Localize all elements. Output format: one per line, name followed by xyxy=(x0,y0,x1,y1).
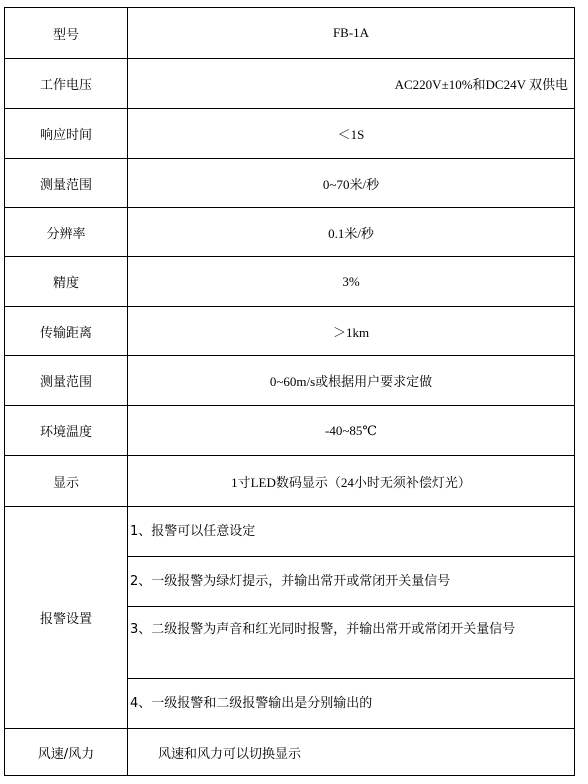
row-value: 1寸LED数码显示（24小时无须补偿灯光） xyxy=(128,456,574,506)
row-value: 0~60m/s或根据用户要求定做 xyxy=(128,356,574,405)
table-row-accuracy: 精度 3% xyxy=(5,256,574,306)
row-value: AC220V±10%和DC24V 双供电 xyxy=(128,59,574,108)
row-value: ＞1km xyxy=(128,307,574,355)
row-label: 报警设置 xyxy=(5,507,128,728)
row-label: 型号 xyxy=(5,8,128,58)
row-value: 3% xyxy=(128,257,574,306)
row-label: 工作电压 xyxy=(5,59,128,108)
table-row-distance: 传输距离 ＞1km xyxy=(5,306,574,355)
table-row-wind: 风速/风力 风速和风力可以切换显示 xyxy=(5,728,574,775)
row-value: 风速和风力可以切换显示 xyxy=(128,729,574,775)
table-row-model: 型号 FB-1A xyxy=(5,8,574,58)
row-label: 显示 xyxy=(5,456,128,506)
table-row-alarm: 报警设置 1、报警可以任意设定 2、一级报警为绿灯提示，并输出常开或常闭开关量信… xyxy=(5,506,574,728)
row-label: 环境温度 xyxy=(5,406,128,455)
row-label: 分辨率 xyxy=(5,208,128,256)
row-value: 0~70米/秒 xyxy=(128,159,574,207)
table-row-range: 测量范围 0~70米/秒 xyxy=(5,158,574,207)
row-label: 测量范围 xyxy=(5,356,128,405)
row-value: FB-1A xyxy=(128,8,574,58)
row-label: 测量范围 xyxy=(5,159,128,207)
table-row-voltage: 工作电压 AC220V±10%和DC24V 双供电 xyxy=(5,58,574,108)
alarm-item: 3、二级报警为声音和红光同时报警，并输出常开或常闭开关量信号 xyxy=(128,606,574,678)
row-value: 0.1米/秒 xyxy=(128,208,574,256)
alarm-item: 2、一级报警为绿灯提示，并输出常开或常闭开关量信号 xyxy=(128,556,574,606)
table-row-resolution: 分辨率 0.1米/秒 xyxy=(5,207,574,256)
row-label: 响应时间 xyxy=(5,109,128,158)
alarm-item: 4、一级报警和二级报警输出是分别输出的 xyxy=(128,678,574,729)
alarm-item: 1、报警可以任意设定 xyxy=(128,507,574,556)
row-label: 风速/风力 xyxy=(5,729,128,775)
row-value: -40~85℃ xyxy=(128,406,574,455)
row-label: 精度 xyxy=(5,257,128,306)
table-row-response: 响应时间 ＜1S xyxy=(5,108,574,158)
table-row-temperature: 环境温度 -40~85℃ xyxy=(5,405,574,455)
spec-table: 型号 FB-1A 工作电压 AC220V±10%和DC24V 双供电 响应时间 … xyxy=(4,7,575,776)
table-row-range2: 测量范围 0~60m/s或根据用户要求定做 xyxy=(5,355,574,405)
row-label: 传输距离 xyxy=(5,307,128,355)
table-row-display: 显示 1寸LED数码显示（24小时无须补偿灯光） xyxy=(5,455,574,506)
row-value: ＜1S xyxy=(128,109,574,158)
